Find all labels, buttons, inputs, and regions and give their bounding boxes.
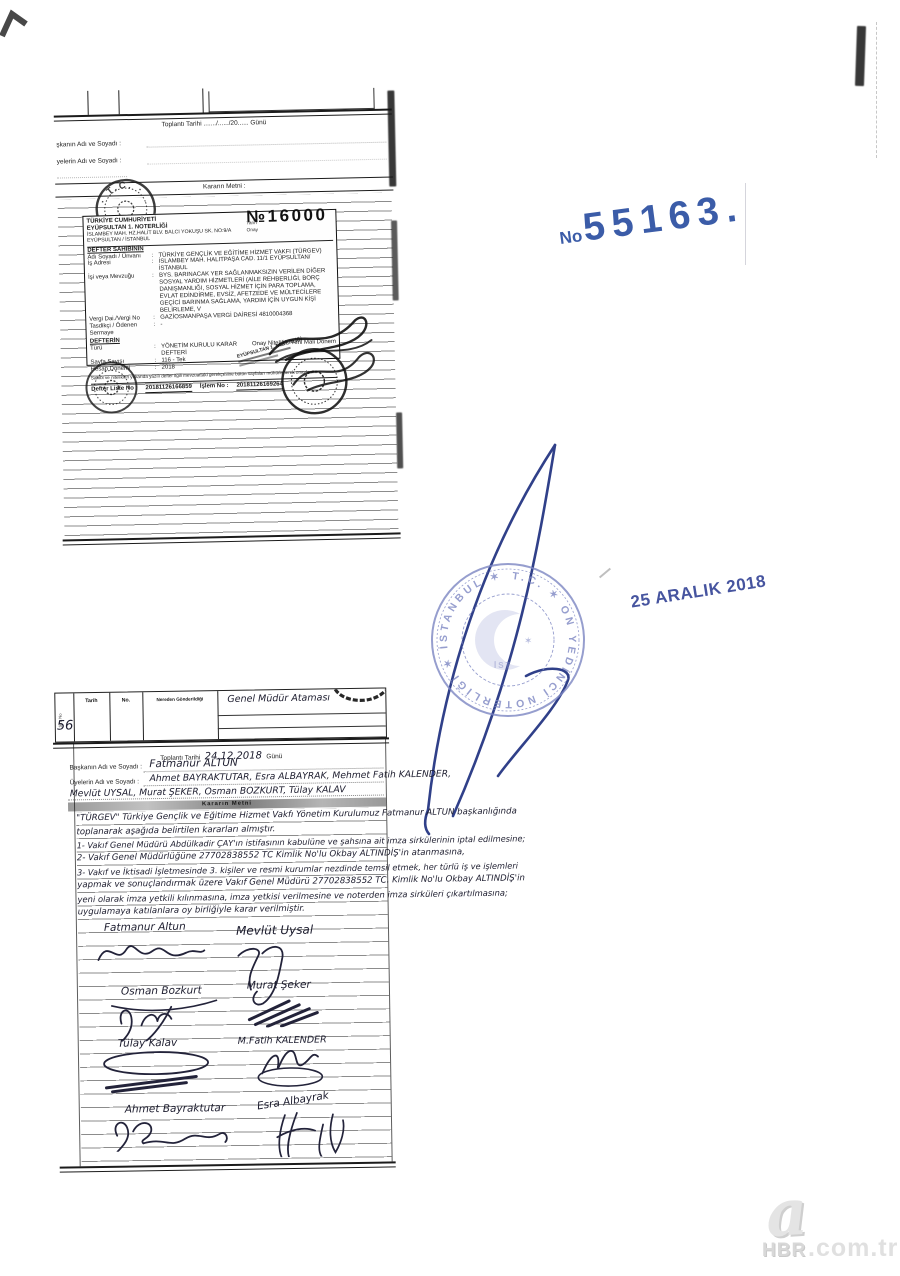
watermark: a HBR .com.tr [752,1186,900,1272]
istanbul-notary-round-stamp: T.C. ✶ ON YEDİNCİ NOTERLİĞİ ✶ İSTANBUL ✶… [426,558,590,722]
serial-approval-label: Onay [247,226,328,235]
scanned-document: Toplantı Tarihi ......./....../20...... … [0,0,900,1276]
blank-line [147,159,387,165]
svg-text:T.C. ✶ ON YEDİNCİ NOTERLİĞİ ✶: T.C. ✶ ON YEDİNCİ NOTERLİĞİ ✶ İSTANBUL ✶ [437,570,578,710]
table-grid-line [118,90,120,114]
signatory-name: Ahmet Bayraktutar [125,1102,225,1116]
watermark-brand: HBR [762,1240,806,1262]
serial-number-block: №16000 Tarih Onay [246,212,328,235]
signature-scribble [252,1044,333,1091]
subject-handwritten: Genel Müdür Ataması [227,692,330,705]
signature-scribble [241,992,337,1027]
scan-smudge [599,568,611,579]
row-number-handwritten: 56 [57,718,74,733]
meeting-date-suffix: Günü [266,753,282,760]
signature-scribble [92,934,207,968]
owner-row: İşi veya Mevzuğu: BYS. BARINACAK YER SAĞ… [88,268,335,316]
register-no: 20181126166859 [145,384,192,393]
table-grid-line [202,88,204,112]
signature-scribble [107,1116,238,1152]
signatory-name: Murat Şeker [247,979,311,992]
decision-ruled-area: "TÜRGEV" Türkiye Gençlik ve Eğitime Hizm… [76,807,392,1166]
folio-prefix: No [558,226,583,249]
table-grid-line [218,712,386,716]
scan-corner-mark [0,6,30,42]
signature-scribble [96,1048,227,1096]
members-label: yelerin Adı ve Soyadı : [57,157,122,165]
signature-scribble [269,1106,350,1157]
process-no-label: İşlem No : [200,383,229,392]
column-header-nereden: Nereden Gönderildiği [142,696,217,702]
top-page: Toplantı Tarihi ......./....../20...... … [53,84,402,547]
star-icon: ✶ [524,636,532,647]
column-header-tarih: Tarih [73,698,109,705]
chairman-name-handwritten: Fatmanur ALTUN [149,757,238,770]
serial-number: 16000 [267,205,327,226]
chairman-label: şkanın Adı ve Soyadı : [56,140,121,148]
date-stamp: 25 ARALIK 2018 [629,571,767,612]
table-grid-line [87,91,89,115]
round-stamp-icon [279,345,350,416]
signature-scribble [107,996,223,1042]
scan-edge-mark [855,26,866,86]
folio-number-stamp: No 55163. [556,188,745,251]
round-stamp-ring-text: T.C. ✶ ON YEDİNCİ NOTERLİĞİ ✶ İSTANBUL ✶ [437,570,578,710]
column-header-no: No. [109,697,142,704]
decision-line: yeni olarak imza yetkili kılınmasına, im… [77,887,507,904]
signatory-name: Mevlüt Uysal [236,923,313,938]
decision-line: uygulamaya katılanlara oy birliğiyle kar… [78,904,305,918]
folio-number: 55163. [581,188,746,248]
signatory-name: Fatmanur Altun [104,921,186,934]
blank-line [146,142,386,148]
partial-stamp-arc-icon [333,688,387,705]
scan-edge-mark [391,220,399,300]
register-header-table: Sıra No Tarih No. Nereden Gönderildiği G… [54,687,387,742]
watermark-suffix: .com.tr [808,1234,898,1263]
fold-line-top-right [876,22,877,158]
members-label: Üyelerin Adı ve Soyadı : [70,778,139,786]
signatory-name: Tülay Kalav [118,1037,178,1050]
chairman-label: Başkanın Adı ve Soyadı : [69,763,142,771]
table-grid-line [218,725,386,729]
scan-edge-mark [387,90,396,186]
process-no: 20181126169264 [236,381,283,390]
round-stamp-center-text: İST [494,661,512,670]
decision-line: toplanarak aşağıda belirtilen kararları … [76,824,275,837]
round-stamp-icon [83,359,140,416]
bottom-page: Sıra No Tarih No. Nereden Gönderildiği G… [52,683,400,1176]
